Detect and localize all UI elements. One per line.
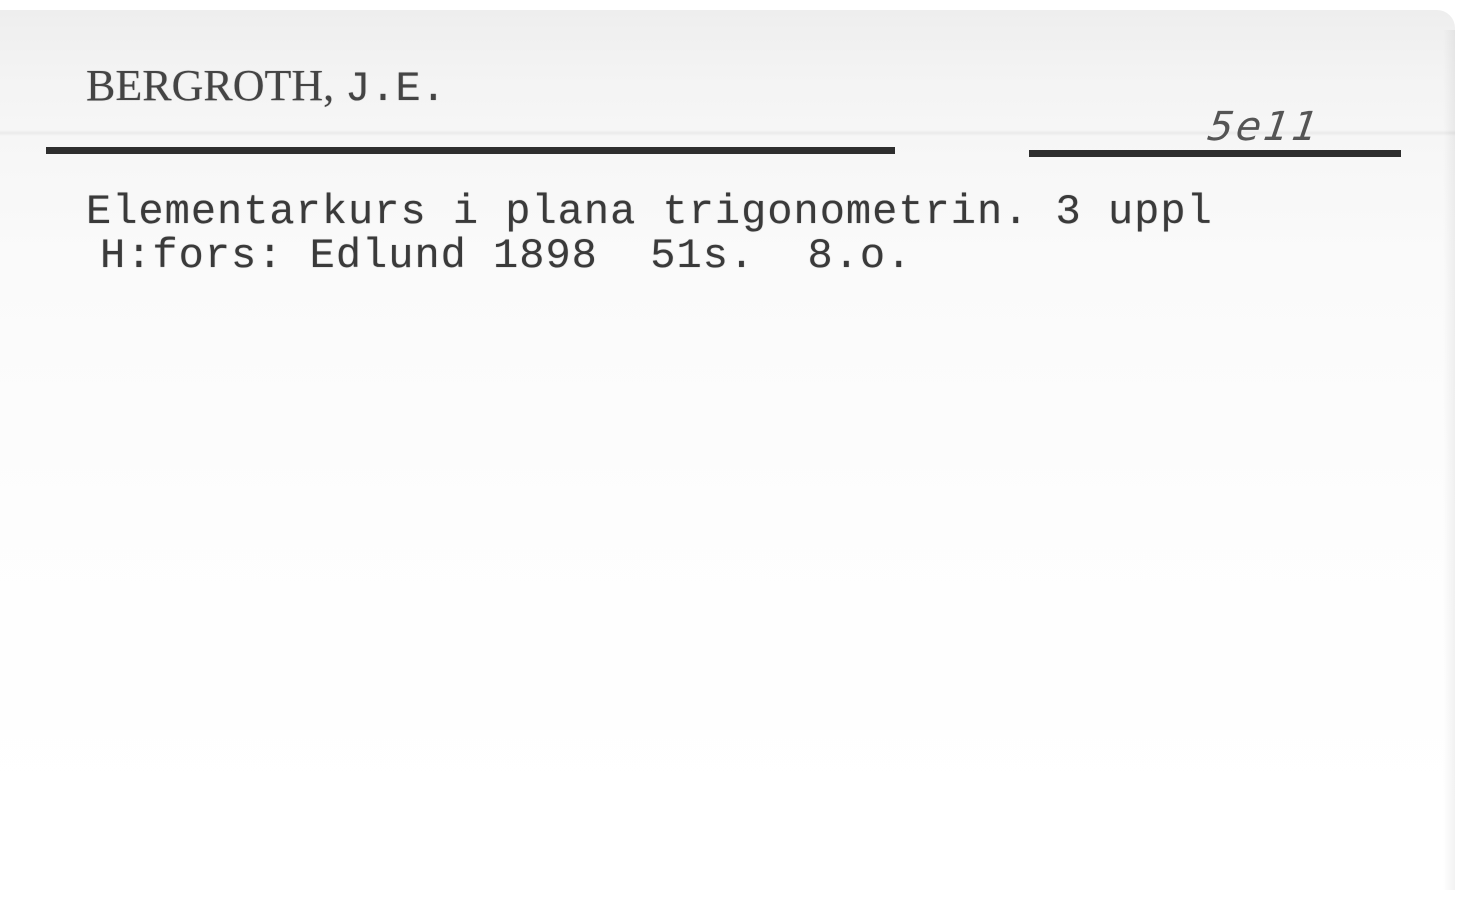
heading-rule-left (46, 147, 895, 154)
handwritten-shelfmark: 5e11 (1205, 104, 1324, 150)
catalog-card: BERGROTH, J.E. 5e11 Elementarkurs i plan… (0, 10, 1455, 888)
author-heading: BERGROTH, J.E. (86, 60, 446, 113)
title-line: Elementarkurs i plana trigonometrin. 3 u… (86, 188, 1213, 236)
heading-rule-right (1029, 150, 1401, 157)
card-edge-shadow (1443, 30, 1455, 890)
scanned-catalog-card: BERGROTH, J.E. 5e11 Elementarkurs i plan… (0, 0, 1461, 900)
author-initials: J.E. (345, 65, 446, 113)
author-surname: BERGROTH, (86, 61, 334, 110)
imprint-line: H:fors: Edlund 1898 51s. 8.o. (100, 232, 912, 280)
